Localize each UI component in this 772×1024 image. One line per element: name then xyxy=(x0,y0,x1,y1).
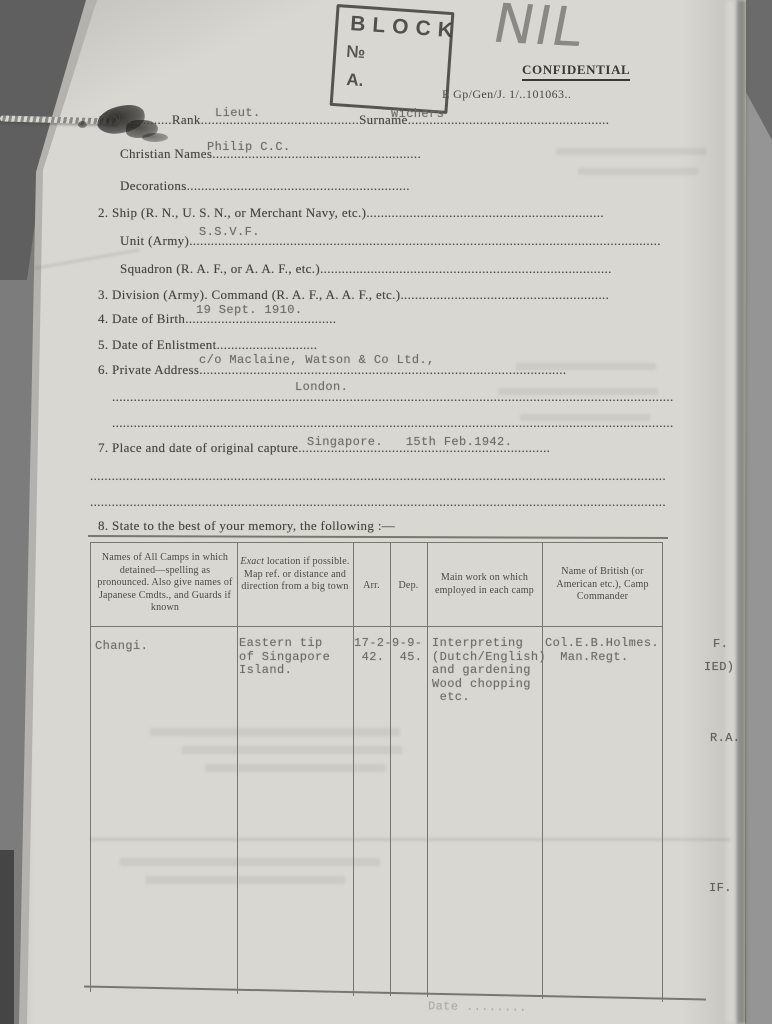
table-header-dep: Dep. xyxy=(390,580,427,593)
handwritten-nil: NIL xyxy=(488,0,589,59)
table-header-commander: Name of British (or American etc.), Camp… xyxy=(545,566,660,604)
backdrop-bottom-left-strip xyxy=(0,850,14,1024)
edge-fragment-2: IED) xyxy=(704,660,734,674)
typed-capture-value: Singapore. 15th Feb.1942. xyxy=(307,436,512,450)
table-cell-location: Eastern tip of Singapore Island. xyxy=(239,637,330,678)
table-border-right xyxy=(662,542,663,1002)
bleed-date-line: Date ........ xyxy=(428,999,527,1014)
form-line-squadron: Squadron (R. A. F., or A. A. F., etc.)..… xyxy=(120,261,612,277)
edge-fragment-1: F. xyxy=(713,637,728,651)
typed-surname-value: Wichers xyxy=(391,108,444,122)
table-cell-departed: 9-9- 45. xyxy=(392,637,422,664)
table-divider-5 xyxy=(542,542,543,999)
typed-unit-value: S.S.V.F. xyxy=(199,226,260,240)
table-header-bottom-border xyxy=(90,626,662,627)
form-line-address-dots-3: ........................................… xyxy=(112,415,674,431)
table-divider-3 xyxy=(390,542,391,996)
typed-rank-value: Lieut. xyxy=(215,107,261,121)
form-line-division-command: 3. Division (Army). Command (R. A. F., A… xyxy=(98,287,609,303)
reference-number: E Gp/Gen/J. 1/..101063.. xyxy=(442,87,571,102)
table-cell-camp: Changi. xyxy=(95,640,148,654)
ink-blot xyxy=(142,133,168,142)
form-line-capture-dots-3: ........................................… xyxy=(90,494,666,510)
form-line-capture-dots-2: ........................................… xyxy=(90,468,666,484)
table-header-camps: Names of All Camps in which detained—spe… xyxy=(96,552,234,615)
table-cell-commander: Col.E.B.Holmes. Man.Regt. xyxy=(545,637,659,664)
stamp-number-sign: № xyxy=(346,42,366,63)
bleed-mark xyxy=(556,148,706,155)
stamp-letter-a: A. xyxy=(346,70,364,91)
bleed-mark xyxy=(150,728,400,736)
page-curl-shadow xyxy=(737,0,746,1024)
table-header-location: Exact location if possible. Map ref. or … xyxy=(240,556,350,594)
form-line-decorations: Decorations.............................… xyxy=(120,178,410,194)
form-line-date-of-enlistment: 5. Date of Enlistment...................… xyxy=(98,337,317,353)
typed-address-line2-value: London. xyxy=(295,381,348,395)
bleed-mark xyxy=(145,876,345,884)
typed-date-of-birth-value: 19 Sept. 1910. xyxy=(196,304,302,318)
table-divider-1 xyxy=(237,542,238,994)
form-line-ship: 2. Ship (R. N., U. S. N., or Merchant Na… xyxy=(98,205,604,221)
bleed-mark xyxy=(205,764,385,772)
bleed-mark xyxy=(182,746,402,754)
paper-crease xyxy=(90,838,730,841)
stamp-word-block: BLOCK xyxy=(350,12,461,44)
typed-address-line1-value: c/o Maclaine, Watson & Co Ltd., xyxy=(199,354,435,368)
block-number-stamp: BLOCK № A. xyxy=(330,4,455,114)
form-line-section8-intro: 8. State to the best of your memory, the… xyxy=(98,518,395,534)
table-divider-4 xyxy=(427,542,428,997)
table-header-arr: Arr. xyxy=(353,580,390,593)
confidential-label: CONFIDENTIAL xyxy=(522,62,630,81)
table-header-top-border xyxy=(90,542,662,543)
table-divider-2 xyxy=(353,542,354,996)
edge-fragment-3: R.A. xyxy=(710,731,740,745)
form-line-address-dots-2: ........................................… xyxy=(112,389,674,405)
typed-christian-names-value: Philip C.C. xyxy=(207,141,291,155)
table-cell-work: Interpreting (Dutch/English) and gardeni… xyxy=(432,637,546,705)
form-line-no-rank-surname: 1. No............Rank...................… xyxy=(98,112,609,128)
document-photo: BLOCK № A. NIL CONFIDENTIAL E Gp/Gen/J. … xyxy=(0,0,772,1024)
bleed-mark xyxy=(120,858,380,866)
table-border-left xyxy=(90,542,91,992)
page-curl-highlight xyxy=(726,0,736,1024)
bleed-mark xyxy=(578,168,698,175)
edge-fragment-4: IF. xyxy=(709,881,732,895)
table-cell-arrived: 17-2- 42. xyxy=(354,637,392,664)
table-header-location-italic: Exact xyxy=(240,556,264,567)
backdrop-right-strip xyxy=(746,0,772,1024)
table-header-main-work: Main work on which employed in each camp xyxy=(429,572,540,597)
ink-spatter xyxy=(78,121,87,128)
